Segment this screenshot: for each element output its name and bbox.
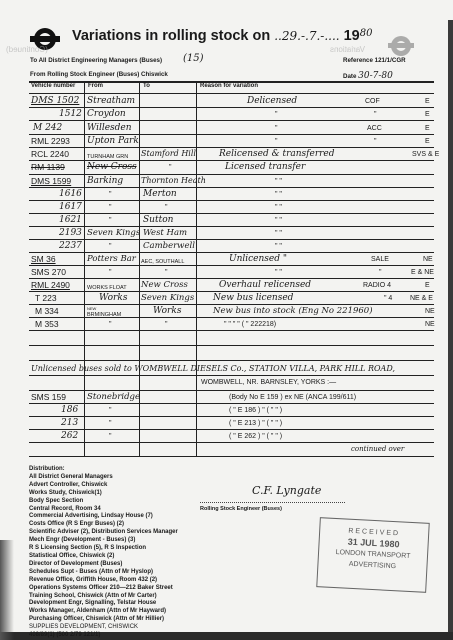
row-17-from: "	[109, 320, 112, 330]
row-14-to: New Cross	[141, 280, 188, 290]
sold-row-2-from: "	[109, 419, 112, 429]
date-field: Date 30-7-80	[343, 71, 393, 81]
row-0-reason: Delicensed	[247, 96, 297, 106]
row-11-vehicle: 2237	[59, 241, 82, 251]
row-9-vehicle: 1621	[59, 215, 82, 225]
row-1-vehicle: 1512	[59, 109, 82, 119]
row-2-extra: ACC	[367, 124, 382, 134]
date-label: Date	[343, 73, 356, 80]
row-15-vehicle: T 223	[35, 293, 57, 303]
ghost-text-right: Variations	[330, 45, 365, 54]
distribution-item: Statistical Office, Chiswick (2)	[29, 553, 178, 561]
ghost-text-left: (Continued)	[6, 45, 48, 54]
page-title: Variations in rolling stock on ..29.-.7.…	[72, 28, 372, 44]
sold-row-3-vehicle: 262	[61, 431, 78, 441]
row-10-to: West Ham	[143, 228, 187, 238]
received-stamp: RECEIVED 31 JUL 1980 LONDON TRANSPORT AD…	[316, 517, 430, 593]
title-year-suffix: 80	[360, 28, 373, 39]
row-15-from: Works	[99, 293, 127, 303]
row-5-to: "	[169, 163, 172, 173]
distribution-heading: Distribution:	[29, 466, 178, 474]
row-9-from: "	[109, 216, 112, 226]
row-16-reason: New bus into stock (Eng No 221960)	[213, 306, 373, 316]
row-14-from: WORKS FLOAT	[87, 283, 127, 293]
row-1-from: Croydon	[87, 109, 126, 119]
row-3-from: Upton Park	[87, 136, 139, 146]
row-7-reason: " "	[275, 190, 282, 200]
row-17-to: "	[165, 320, 168, 330]
row-2-from: Willesden	[87, 123, 132, 133]
sold-row-1-from: "	[109, 406, 112, 416]
page-edge-shadow	[448, 20, 453, 640]
title-prefix: Variations in rolling stock on	[72, 28, 270, 44]
row-14-vehicle: RML 2490	[31, 280, 70, 290]
row-9-reason: " "	[275, 216, 282, 226]
form-code: 408/89(1) (500 2/79 121/1)	[29, 632, 178, 640]
row-1-reason: "	[275, 110, 278, 120]
row-10-from: Seven Kings	[87, 228, 140, 238]
row-6-to: Thornton Heath	[141, 176, 206, 186]
row-0-from: Streatham	[87, 96, 135, 106]
distribution-item: Revenue Office, Griffith House, Room 432…	[29, 577, 178, 585]
distribution-item: Schedules Supt - Buses (Attn of Mr Hyslo…	[29, 569, 178, 577]
row-12-to: AEC, SOUTHALL	[141, 257, 184, 267]
row-13-reason: " "	[275, 268, 282, 278]
title-date: ..29.-.7.-....	[274, 29, 339, 43]
row-10-vehicle: 2193	[59, 228, 82, 238]
row-12-from: Potters Bar	[87, 254, 136, 264]
row-14-reason: Overhaul relicensed	[219, 280, 311, 290]
row-5-from: New Cross	[87, 162, 137, 172]
continued-over-note: continued over	[351, 444, 404, 454]
row-4-to: Stamford Hill	[141, 149, 196, 159]
row-8-from: "	[109, 203, 112, 213]
distribution-item: Purchasing Officer, Chiswick (Attn of Mr…	[29, 616, 178, 624]
row-12-extra: SALE	[371, 255, 389, 265]
document-page: (Continued) Variations Variations in rol…	[0, 0, 453, 640]
distribution-item: SUPPLIES DEVELOPMENT, CHISWICK	[29, 624, 178, 632]
row-4-vehicle: RCL 2240	[31, 149, 69, 159]
from-line: From Rolling Stock Engineer (Buses) Chis…	[30, 71, 168, 78]
row-7-to: Merton	[143, 189, 177, 199]
sold-row-0-reason: (Body No E 159 ) ex NE (ANCA 199/611)	[229, 393, 356, 403]
row-8-to: "	[165, 203, 168, 213]
row-9-to: Sutton	[143, 215, 173, 225]
row-16-to: Works	[153, 306, 181, 316]
row-1-code: E	[425, 110, 430, 120]
row-12-code: NE	[423, 255, 433, 265]
row-4-reason: Relicensed & transferred	[219, 149, 335, 159]
row-5-vehicle: RM 1139	[31, 162, 65, 172]
signature-line	[200, 502, 345, 503]
sold-row-3-from: "	[109, 432, 112, 442]
header-reason: Reason for variation	[200, 83, 258, 89]
distribution-item: Commercial Advertising, Lindsay House (7…	[29, 513, 178, 521]
distribution-item: Operations Systems Officer 210—212 Baker…	[29, 585, 178, 593]
header-to: To	[143, 83, 150, 89]
row-3-reason: "	[275, 137, 278, 147]
sold-row-2-vehicle: 213	[61, 418, 78, 428]
distribution-item: Costs Office (R S Engr Buses) (2)	[29, 521, 178, 529]
row-16-from: BRMINGHAM	[87, 310, 121, 320]
row-10-reason: " "	[275, 229, 282, 239]
distribution-item: Scientific Adviser (2), Distribution Ser…	[29, 529, 178, 537]
distribution-item: All District General Managers	[29, 474, 178, 482]
title-year-prefix: 19	[344, 28, 360, 44]
row-17-reason: " " " " ( " 222218)	[224, 320, 276, 330]
row-3-code: E	[425, 137, 430, 147]
row-13-code: E & NE	[411, 268, 434, 278]
sold-row-0-from: Stonebridge	[87, 392, 140, 402]
distribution-item: Body Spec Section	[29, 498, 178, 506]
row-7-vehicle: 1616	[59, 189, 82, 199]
row-15-extra: " 4	[384, 294, 392, 304]
distribution-item: Training School, Chiswick (Attn of Mr Ca…	[29, 593, 178, 601]
distribution-item: Advert Controller, Chiswick	[29, 482, 178, 490]
row-11-reason: " "	[275, 242, 282, 252]
row-17-code: NE	[425, 320, 435, 330]
distribution-item: Development Engr, Signalling, Telstar Ho…	[29, 600, 178, 608]
row-8-vehicle: 1617	[59, 202, 82, 212]
distribution-item: Central Record, Room 34	[29, 506, 178, 514]
row-13-vehicle: SMS 270	[31, 267, 66, 277]
row-3-extra: "	[374, 137, 377, 147]
page-left-shadow	[0, 540, 14, 640]
sold-note-line-1: Unlicensed buses sold to WOMBWELL DIESEL…	[31, 364, 395, 373]
signature: C.F. Lyngate	[252, 484, 321, 497]
row-15-code: NE & E	[410, 294, 433, 304]
row-13-to: "	[165, 268, 168, 278]
row-11-to: Camberwell	[143, 241, 195, 251]
row-15-to: Seven Kings	[141, 293, 194, 303]
sold-row-1-vehicle: 186	[61, 405, 78, 415]
row-6-reason: " "	[275, 177, 282, 187]
row-1-extra: "	[374, 110, 377, 120]
row-7-from: "	[109, 190, 112, 200]
row-12-reason: Unlicensed "	[229, 254, 287, 264]
distribution-item: R S Licensing Section (5), R S Inspectio…	[29, 545, 178, 553]
row-6-from: Barking	[87, 176, 123, 186]
row-14-code: E	[425, 281, 430, 291]
ghost-roundel-icon	[388, 36, 414, 56]
sold-note-line-2: WOMBWELL, NR. BARNSLEY, YORKS :—	[201, 379, 336, 386]
distribution-item: Works Manager, Aldenham (Attn of Mr Hayw…	[29, 608, 178, 616]
to-line: To All District Engineering Managers (Bu…	[30, 57, 162, 64]
row-0-extra: COF	[365, 97, 380, 107]
sold-row-0-vehicle: SMS 159	[31, 392, 66, 402]
header-from: From	[88, 83, 103, 89]
reference-label: Reference 121/1/CGR	[343, 57, 406, 64]
row-3-vehicle: RML 2293	[31, 136, 70, 146]
row-12-vehicle: SM 36	[31, 254, 56, 264]
row-15-reason: New bus licensed	[213, 293, 293, 303]
row-0-code: E	[425, 97, 430, 107]
header-vehicle-number: Vehicle number	[31, 83, 75, 89]
row-11-from: "	[109, 242, 112, 252]
sold-row-1-reason: ( " E 186 ) " ( " " )	[229, 406, 282, 416]
row-8-reason: " "	[275, 203, 282, 213]
distribution-item: Director of Development (Buses)	[29, 561, 178, 569]
sold-row-3-reason: ( " E 262 ) " ( " " )	[229, 432, 282, 442]
distribution-list: Distribution: All District General Manag…	[29, 466, 178, 640]
row-2-code: E	[425, 124, 430, 134]
row-17-vehicle: M 353	[35, 319, 59, 329]
row-4-code: SVS & E	[412, 150, 439, 160]
sheet-number: (15)	[183, 53, 204, 64]
row-13-from: "	[109, 268, 112, 278]
row-13-extra: "	[379, 268, 382, 278]
row-6-vehicle: DMS 1599	[31, 176, 71, 186]
row-2-reason: "	[275, 124, 278, 134]
row-2-vehicle: M 242	[33, 123, 62, 133]
row-16-code: NE	[425, 307, 435, 317]
distribution-item: Works Study, Chiswick(1)	[29, 490, 178, 498]
distribution-item: Mech Engr (Development - Buses) (3)	[29, 537, 178, 545]
row-5-reason: Licensed transfer	[225, 162, 305, 172]
row-14-extra: RADIO 4	[363, 281, 391, 291]
row-0-vehicle: DMS 1502	[31, 96, 79, 106]
row-16-vehicle: M 334	[35, 306, 59, 316]
variations-table: Vehicle number From To Reason for variat…	[29, 81, 434, 457]
signature-label: Rolling Stock Engineer (Buses)	[200, 506, 282, 512]
sold-row-2-reason: ( " E 213 ) " ( " " )	[229, 419, 282, 429]
row-4-from: TURNHAM GRN	[87, 152, 128, 162]
